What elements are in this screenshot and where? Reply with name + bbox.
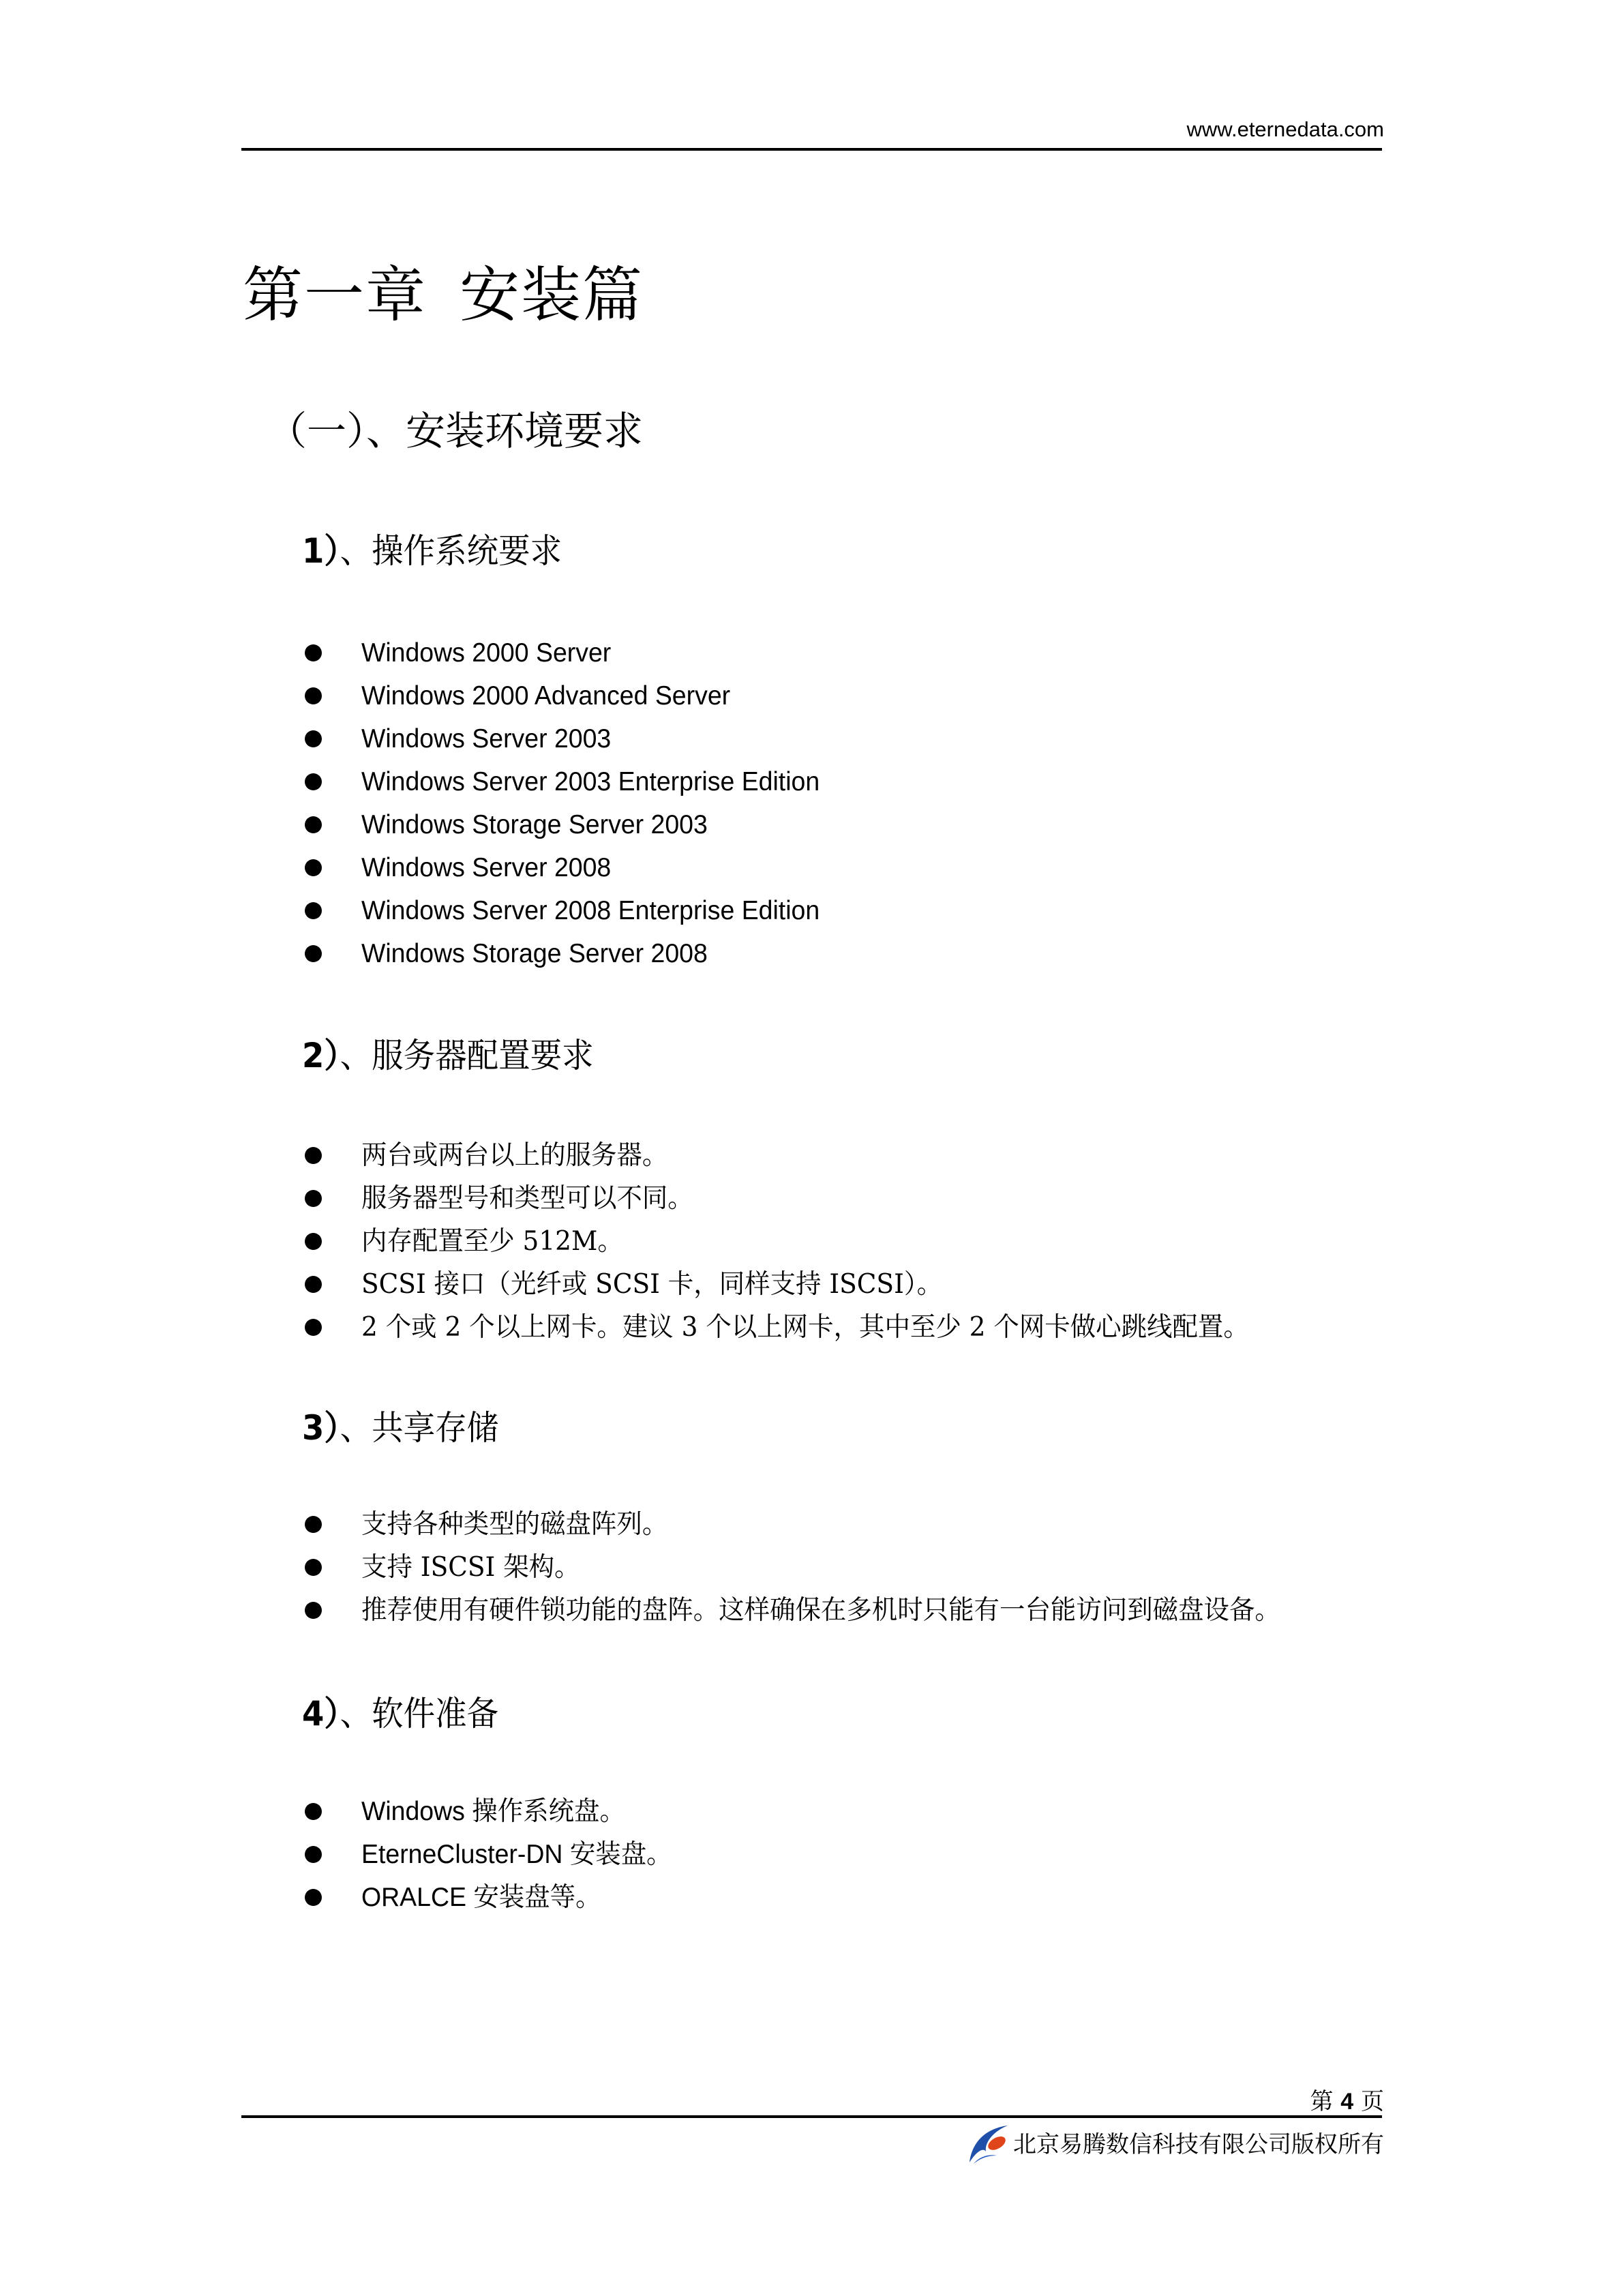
- page-suffix: 页: [1361, 2088, 1384, 2115]
- list-item: Windows Server 2008: [300, 846, 839, 889]
- list-item: 两台或两台以上的服务器。: [300, 1134, 1286, 1177]
- chapter-number: 第一章: [243, 260, 427, 330]
- subsection-heading-shared-storage: 3）、共享存储: [302, 1404, 498, 1452]
- list-item: Windows 2000 Server: [300, 631, 839, 674]
- subsection-separator: 、: [340, 1694, 372, 1733]
- bullet-icon: [305, 1559, 322, 1576]
- list-item: ORALCE 安装盘等。: [300, 1876, 685, 1919]
- bullet-icon: [305, 1233, 322, 1250]
- bullet-icon: [305, 1516, 322, 1533]
- bullet-icon: [305, 1319, 322, 1336]
- page-prefix: 第: [1310, 2088, 1333, 2115]
- subsection-number: 1）: [302, 531, 340, 571]
- subsection-heading-server-config: 2）、服务器配置要求: [302, 1032, 594, 1079]
- subsection-title: 共享存储: [372, 1408, 498, 1448]
- page-number: 第 4 页: [1310, 2087, 1384, 2117]
- footer-brand: 北京易腾数信科技有限公司版权所有: [967, 2124, 1384, 2165]
- chapter-name: 安装篇: [460, 260, 644, 330]
- list-item: 2 个或 2 个以上网卡。建议 3 个以上网卡，其中至少 2 个网卡做心跳线配置…: [300, 1306, 1286, 1349]
- company-logo-swoosh-icon: [967, 2124, 1012, 2165]
- bullet-icon: [305, 816, 322, 833]
- bullet-icon: [305, 1190, 322, 1207]
- subsection-heading-software: 4）、软件准备: [302, 1690, 498, 1738]
- copyright-text: 北京易腾数信科技有限公司版权所有: [1013, 2130, 1384, 2160]
- bullet-icon: [305, 1147, 322, 1164]
- subsection-separator: 、: [340, 1408, 372, 1448]
- page-number-value: 4: [1340, 2089, 1353, 2115]
- shared-storage-list: 支持各种类型的磁盘阵列。 支持 ISCSI 架构。 推荐使用有硬件锁功能的盘阵。…: [300, 1503, 1319, 1632]
- list-item: Windows Server 2008 Enterprise Edition: [300, 889, 839, 932]
- list-item: Windows Storage Server 2008: [300, 932, 839, 975]
- list-item: EterneCluster-DN 安装盘。: [300, 1833, 685, 1876]
- section-title: （一）、安装环境要求: [267, 404, 643, 458]
- bullet-icon: [305, 859, 322, 876]
- bullet-icon: [305, 1803, 322, 1820]
- subsection-separator: 、: [340, 531, 372, 571]
- list-item: Windows Server 2003: [300, 717, 839, 760]
- header-divider: [241, 148, 1382, 151]
- bullet-icon: [305, 1889, 322, 1906]
- bullet-icon: [305, 773, 322, 790]
- bullet-icon: [305, 1276, 322, 1293]
- list-item: 服务器型号和类型可以不同。: [300, 1177, 1286, 1220]
- subsection-number: 4）: [302, 1694, 340, 1733]
- list-item: SCSI 接口（光纤或 SCSI 卡，同样支持 ISCSI）。: [300, 1263, 1286, 1306]
- subsection-title: 软件准备: [372, 1694, 498, 1733]
- footer-divider: [241, 2115, 1382, 2118]
- bullet-icon: [305, 644, 322, 661]
- software-list: Windows 操作系统盘。 EterneCluster-DN 安装盘。 ORA…: [300, 1790, 685, 1919]
- bullet-icon: [305, 902, 322, 919]
- bullet-icon: [305, 730, 322, 747]
- subsection-heading-os: 1）、操作系统要求: [302, 527, 562, 575]
- list-item: 支持 ISCSI 架构。: [300, 1546, 1319, 1589]
- subsection-number: 2）: [302, 1036, 340, 1075]
- server-config-list: 两台或两台以上的服务器。 服务器型号和类型可以不同。 内存配置至少 512M。 …: [300, 1134, 1286, 1349]
- subsection-number: 3）: [302, 1408, 340, 1448]
- bullet-icon: [305, 687, 322, 704]
- list-item: 内存配置至少 512M。: [300, 1220, 1286, 1263]
- os-requirements-list: Windows 2000 Server Windows 2000 Advance…: [300, 631, 839, 975]
- bullet-icon: [305, 1846, 322, 1863]
- list-item: 支持各种类型的磁盘阵列。: [300, 1503, 1319, 1546]
- list-item: 推荐使用有硬件锁功能的盘阵。这样确保在多机时只能有一台能访问到磁盘设备。: [300, 1589, 1319, 1632]
- subsection-separator: 、: [340, 1036, 372, 1075]
- bullet-icon: [305, 1602, 322, 1619]
- header-website-link[interactable]: www.eternedata.com: [1187, 116, 1384, 143]
- chapter-title: 第一章安装篇: [243, 258, 644, 333]
- list-item: Windows Storage Server 2003: [300, 803, 839, 846]
- list-item: Windows 2000 Advanced Server: [300, 674, 839, 717]
- list-item: Windows Server 2003 Enterprise Edition: [300, 760, 839, 803]
- list-item: Windows 操作系统盘。: [300, 1790, 685, 1833]
- subsection-title: 服务器配置要求: [372, 1036, 594, 1075]
- bullet-icon: [305, 945, 322, 962]
- subsection-title: 操作系统要求: [372, 531, 562, 571]
